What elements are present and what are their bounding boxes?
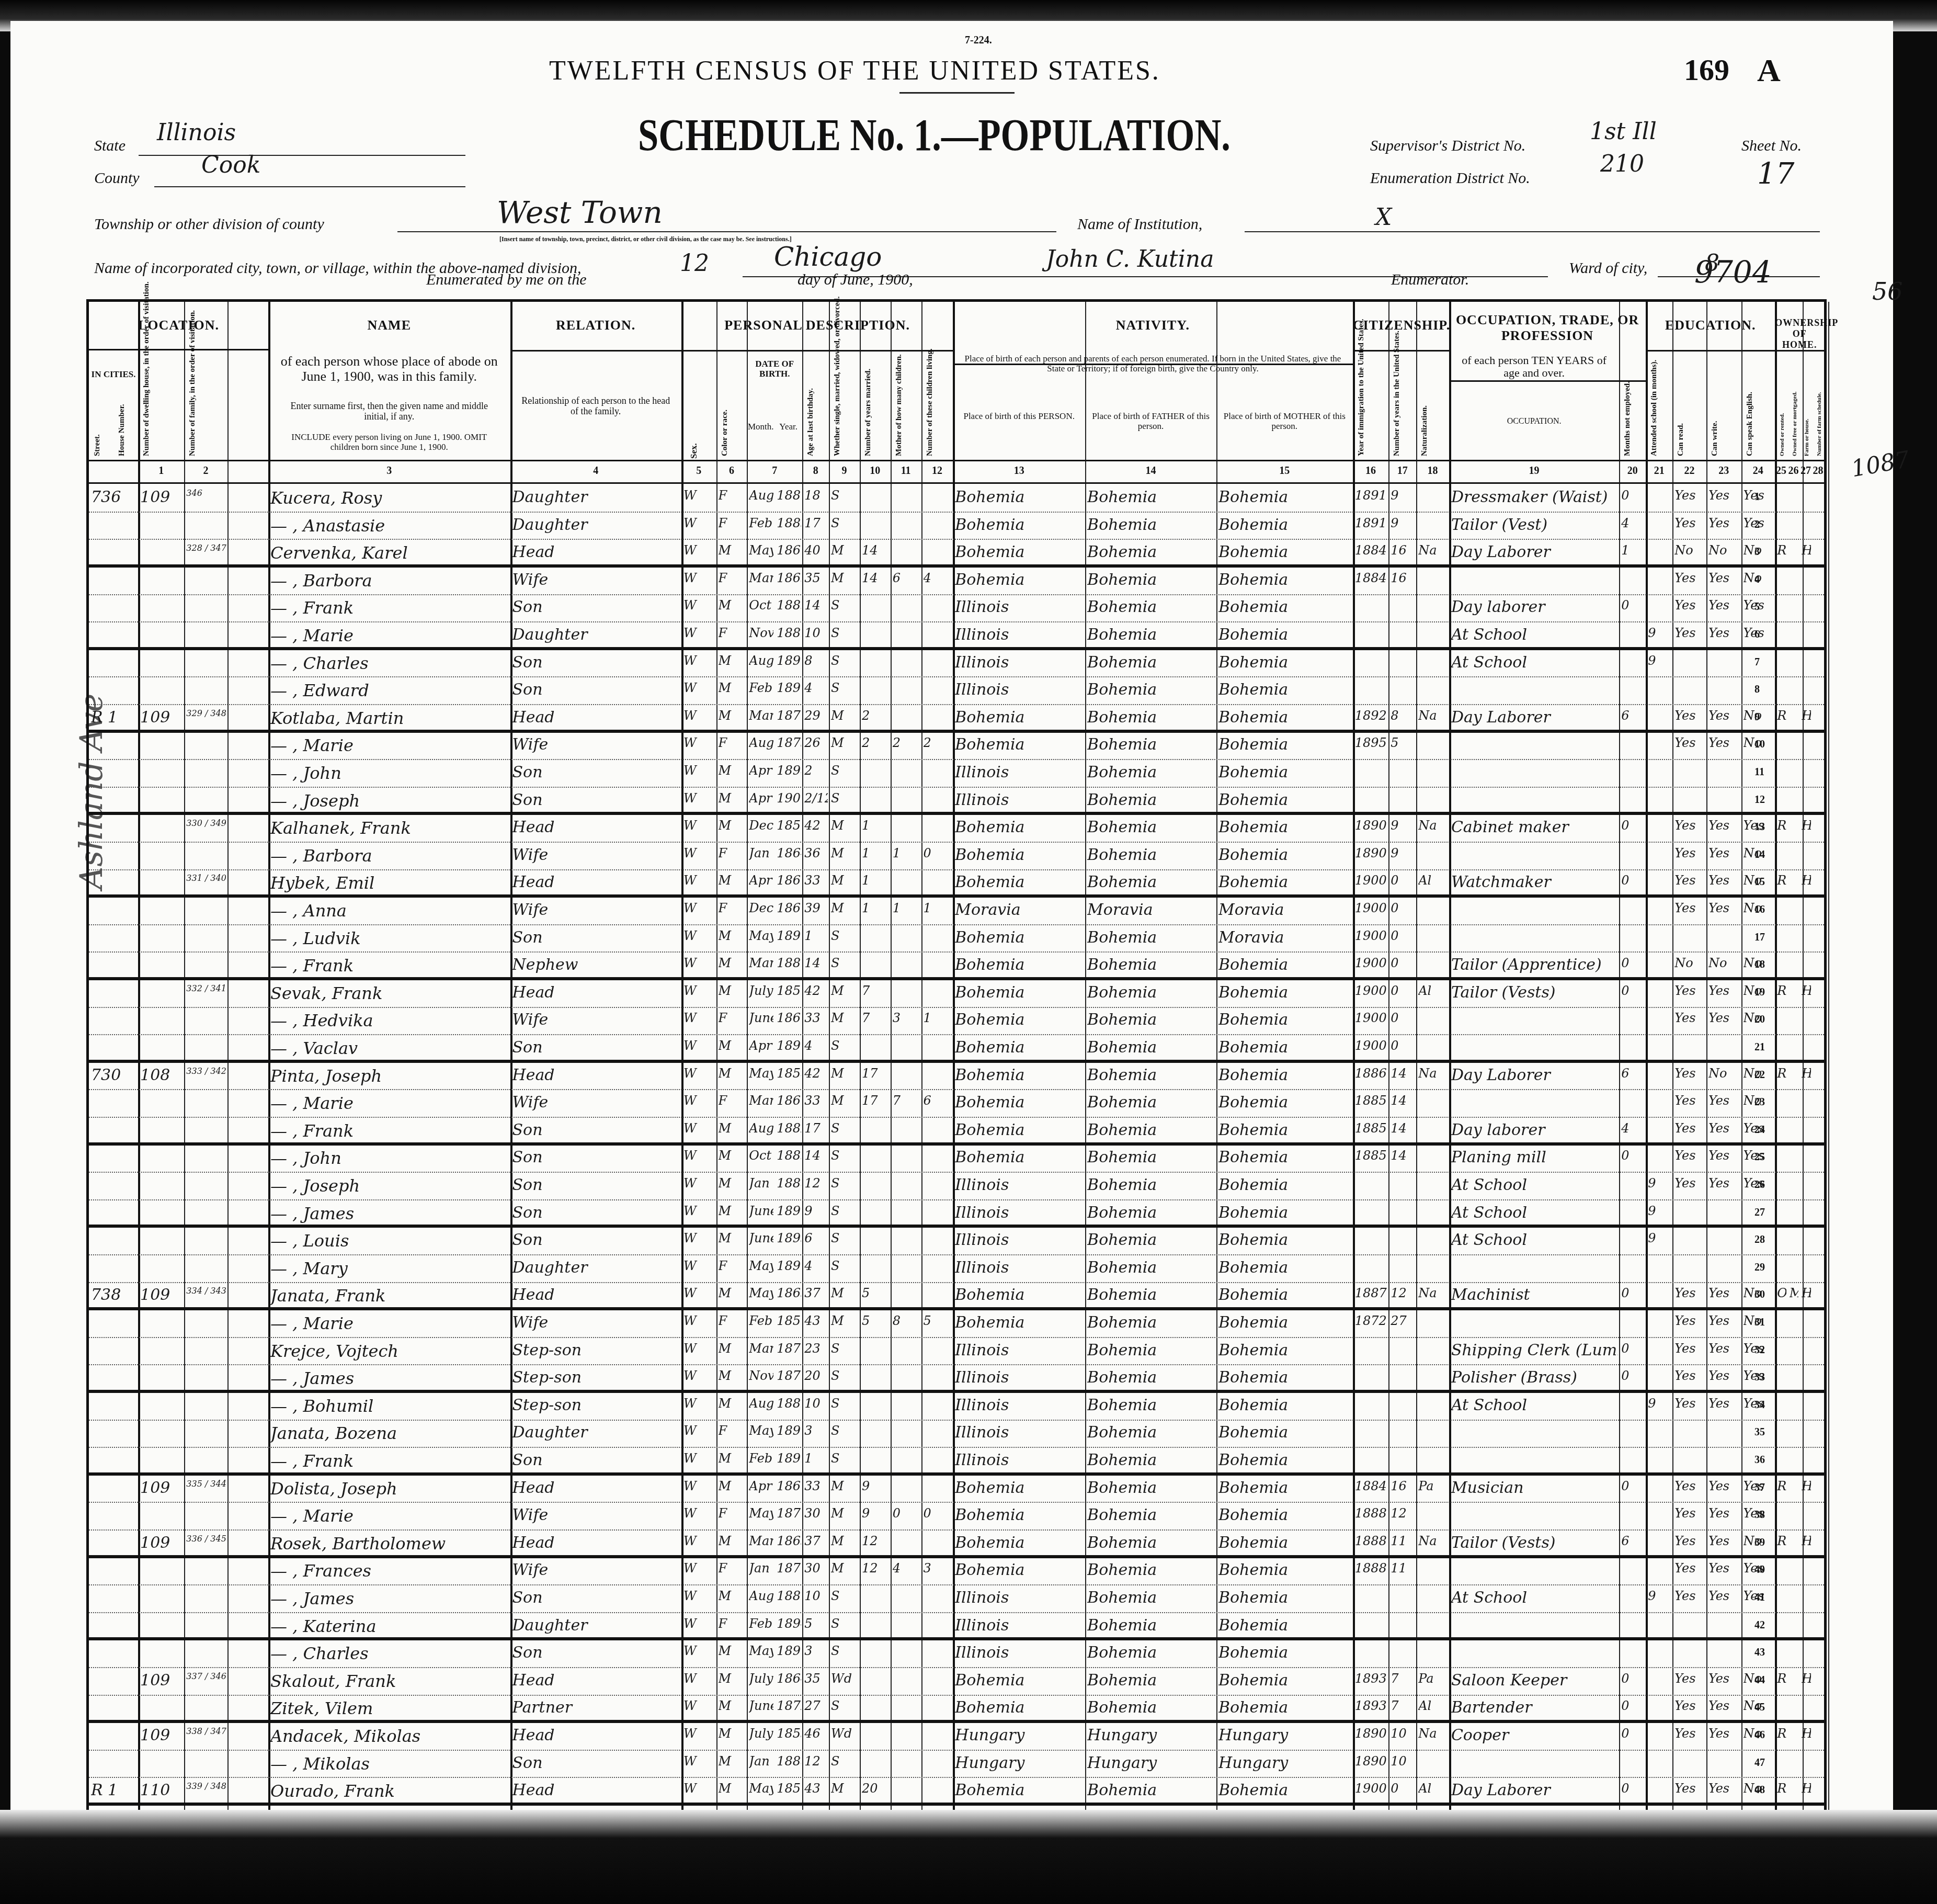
cell-years-married[interactable]: 1 — [862, 901, 890, 915]
cell-color[interactable]: W — [683, 571, 715, 585]
cell-occupation[interactable]: At School — [1451, 626, 1618, 644]
cell-birthplace-mother[interactable]: Bohemia — [1218, 626, 1352, 644]
county-value[interactable]: Cook — [201, 152, 260, 178]
cell-birth-month[interactable]: Mar — [749, 1341, 773, 1356]
cell-birthplace-person[interactable]: Bohemia — [955, 735, 1084, 754]
cell-dwelling-number[interactable]: 110 — [140, 1781, 183, 1799]
cell-children-living[interactable]: 4 — [924, 571, 952, 585]
table-row[interactable]: — , FrancesWifeWFJan187030M1243BohemiaBo… — [89, 1558, 1824, 1585]
cell-marital-status[interactable]: M — [831, 543, 859, 558]
cell-years-married[interactable]: 17 — [862, 1093, 890, 1108]
cell-can-write[interactable]: Yes — [1708, 1698, 1740, 1713]
cell-birthplace-father[interactable]: Bohemia — [1087, 1341, 1215, 1359]
cell-birthplace-father[interactable]: Bohemia — [1087, 653, 1215, 672]
cell-birthplace-person[interactable]: Illinois — [955, 763, 1084, 781]
cell-months-unemployed[interactable]: 4 — [1621, 1121, 1645, 1136]
cell-age[interactable]: 29 — [804, 708, 828, 723]
cell-person-name[interactable]: — , Charles — [270, 1644, 509, 1663]
cell-age[interactable]: 30 — [804, 1506, 828, 1521]
cell-color[interactable]: W — [683, 1038, 715, 1053]
cell-occupation[interactable]: Tailor (Vests) — [1451, 983, 1618, 1002]
cell-sex[interactable]: F — [719, 1093, 746, 1108]
cell-relation[interactable]: Son — [512, 1644, 680, 1662]
cell-months-unemployed[interactable]: 1 — [1621, 543, 1645, 558]
cell-can-write[interactable]: No — [1708, 1066, 1740, 1081]
cell-sex[interactable]: F — [719, 626, 746, 640]
cell-color[interactable]: W — [683, 1396, 715, 1411]
table-row[interactable]: — , JamesSonWMJune18909SIllinoisBohemiaB… — [89, 1200, 1824, 1228]
cell-sex[interactable]: M — [719, 1148, 746, 1163]
cell-relation[interactable]: Son — [512, 791, 680, 809]
cell-birth-month[interactable]: Jan — [749, 1561, 773, 1576]
cell-can-read[interactable]: Yes — [1674, 1176, 1705, 1191]
cell-birthplace-person[interactable]: Bohemia — [955, 543, 1084, 561]
cell-birth-year[interactable]: 1886 — [777, 956, 801, 970]
cell-years-married[interactable]: 1 — [862, 873, 890, 888]
cell-marital-status[interactable]: M — [831, 1011, 859, 1025]
cell-sex[interactable]: M — [719, 1204, 746, 1218]
cell-person-name[interactable]: — , Barbora — [270, 571, 509, 591]
cell-months-unemployed[interactable]: 0 — [1621, 488, 1645, 503]
cell-occupation[interactable]: Musician — [1451, 1479, 1618, 1497]
cell-birth-month[interactable]: June — [749, 1698, 773, 1713]
cell-family-number[interactable]: 329 / 348 — [186, 708, 226, 718]
table-row[interactable]: 738109334 / 343Janata, FrankHeadWMMay186… — [89, 1283, 1824, 1310]
cell-owned-rented[interactable]: R — [1777, 708, 1786, 723]
cell-months-unemployed[interactable]: 4 — [1621, 516, 1645, 530]
cell-person-name[interactable]: Kucera, Rosy — [270, 488, 509, 508]
cell-color[interactable]: W — [683, 846, 715, 860]
cell-age[interactable]: 9 — [804, 1204, 828, 1218]
cell-birthplace-father[interactable]: Bohemia — [1087, 1093, 1215, 1112]
cell-age[interactable]: 33 — [804, 1093, 828, 1108]
cell-birth-month[interactable]: Aug — [749, 1396, 773, 1411]
cell-birthplace-mother[interactable]: Bohemia — [1218, 1038, 1352, 1057]
cell-naturalization[interactable]: Pa — [1418, 1671, 1448, 1686]
cell-person-name[interactable]: — , Ludvik — [270, 928, 509, 948]
cell-color[interactable]: W — [683, 1341, 715, 1356]
cell-birth-month[interactable]: Apr — [749, 1479, 773, 1493]
cell-relation[interactable]: Son — [512, 1589, 680, 1607]
cell-birth-year[interactable]: 1893 — [777, 1231, 801, 1245]
cell-birthplace-mother[interactable]: Bohemia — [1218, 1506, 1352, 1524]
cell-relation[interactable]: Head — [512, 983, 680, 1002]
cell-age[interactable]: 46 — [804, 1726, 828, 1741]
cell-age[interactable]: 4 — [804, 1259, 828, 1273]
institution-value[interactable]: X — [1375, 204, 1392, 231]
cell-birth-year[interactable]: 1867 — [777, 873, 801, 888]
cell-person-name[interactable]: Kotlaba, Martin — [270, 708, 509, 728]
cell-marital-status[interactable]: S — [831, 1368, 859, 1383]
cell-can-read[interactable]: Yes — [1674, 1396, 1705, 1411]
cell-birth-month[interactable]: May — [749, 1259, 773, 1273]
cell-years-married[interactable]: 12 — [862, 1561, 890, 1576]
cell-birth-month[interactable]: Mar — [749, 1534, 773, 1548]
cell-years-in-us[interactable]: 9 — [1391, 516, 1415, 530]
table-row[interactable]: — , JosephSonWMApr19002/12SIllinoisBohem… — [89, 788, 1824, 815]
cell-birthplace-person[interactable]: Illinois — [955, 653, 1084, 672]
cell-owned-rented[interactable]: R — [1777, 543, 1786, 558]
cell-age[interactable]: 27 — [804, 1698, 828, 1713]
cell-age[interactable]: 1 — [804, 1451, 828, 1466]
table-row[interactable]: — , JohnSonWMApr18982SIllinoisBohemiaBoh… — [89, 760, 1824, 788]
cell-occupation[interactable]: Day Laborer — [1451, 1781, 1618, 1799]
cell-relation[interactable]: Daughter — [512, 1423, 680, 1442]
cell-color[interactable]: W — [683, 1644, 715, 1658]
cell-age[interactable]: 43 — [804, 1313, 828, 1328]
cell-birth-year[interactable]: 1864 — [777, 1671, 801, 1686]
cell-person-name[interactable]: — , Marie — [270, 1313, 509, 1333]
cell-immigration-year[interactable]: 1884 — [1355, 571, 1388, 585]
cell-sex[interactable]: M — [719, 1038, 746, 1053]
cell-person-name[interactable]: — , Marie — [270, 1506, 509, 1526]
cell-age[interactable]: 14 — [804, 598, 828, 613]
cell-color[interactable]: W — [683, 1423, 715, 1438]
cell-naturalization[interactable]: Al — [1418, 1781, 1448, 1796]
cell-sex[interactable]: F — [719, 901, 746, 915]
cell-family-number[interactable]: 338 / 347 — [186, 1726, 226, 1736]
cell-can-read[interactable]: Yes — [1674, 516, 1705, 530]
cell-can-write[interactable]: Yes — [1708, 516, 1740, 530]
cell-immigration-year[interactable]: 1888 — [1355, 1534, 1388, 1548]
cell-age[interactable]: 12 — [804, 1176, 828, 1191]
cell-birthplace-mother[interactable]: Bohemia — [1218, 1781, 1352, 1799]
cell-can-read[interactable]: No — [1674, 543, 1705, 558]
table-row[interactable]: — , MaryDaughterWFMay18964SIllinoisBohem… — [89, 1255, 1824, 1283]
cell-sex[interactable]: M — [719, 956, 746, 970]
cell-birthplace-person[interactable]: Bohemia — [955, 1534, 1084, 1552]
city-value[interactable]: Chicago — [774, 242, 882, 272]
cell-occupation[interactable]: Polisher (Brass) — [1451, 1368, 1618, 1387]
cell-sex[interactable]: F — [719, 571, 746, 585]
cell-house-number[interactable]: R 1 — [91, 1781, 137, 1799]
cell-birth-month[interactable]: May — [749, 1506, 773, 1521]
cell-dwelling-number[interactable]: 109 — [140, 488, 183, 506]
cell-person-name[interactable]: Cervenka, Karel — [270, 543, 509, 563]
cell-immigration-year[interactable]: 1890 — [1355, 1726, 1388, 1741]
table-row[interactable]: — , FrankSonWMFeb18991SIllinoisBohemiaBo… — [89, 1448, 1824, 1476]
cell-birth-year[interactable]: 1891 — [777, 653, 801, 668]
cell-immigration-year[interactable]: 1884 — [1355, 1479, 1388, 1493]
cell-birthplace-person[interactable]: Bohemia — [955, 846, 1084, 864]
cell-can-read[interactable]: Yes — [1674, 1368, 1705, 1383]
cell-birthplace-mother[interactable]: Bohemia — [1218, 1698, 1352, 1717]
cell-occupation[interactable]: Cabinet maker — [1451, 818, 1618, 836]
state-value[interactable]: Illinois — [157, 119, 236, 146]
cell-person-name[interactable]: — , Louis — [270, 1231, 509, 1251]
cell-years-married[interactable]: 9 — [862, 1479, 890, 1493]
cell-birthplace-father[interactable]: Bohemia — [1087, 1396, 1215, 1414]
cell-age[interactable]: 12 — [804, 1754, 828, 1769]
cell-naturalization[interactable]: Al — [1418, 873, 1448, 888]
cell-marital-status[interactable]: S — [831, 1176, 859, 1191]
cell-age[interactable]: 14 — [804, 1148, 828, 1163]
cell-birth-year[interactable]: 1853 — [777, 1726, 801, 1741]
cell-years-in-us[interactable]: 9 — [1391, 488, 1415, 503]
cell-free-mortgaged[interactable]: M — [1790, 1286, 1799, 1300]
cell-family-number[interactable]: 334 / 343 — [186, 1286, 226, 1296]
cell-age[interactable]: 3 — [804, 1423, 828, 1438]
cell-birthplace-father[interactable]: Bohemia — [1087, 543, 1215, 561]
cell-months-unemployed[interactable]: 0 — [1621, 956, 1645, 970]
cell-birth-month[interactable]: June — [749, 1204, 773, 1218]
cell-age[interactable]: 42 — [804, 983, 828, 998]
cell-birthplace-person[interactable]: Illinois — [955, 598, 1084, 616]
cell-mother-of[interactable]: 3 — [893, 1011, 920, 1025]
cell-birth-year[interactable]: 1879 — [777, 1368, 801, 1383]
cell-birthplace-mother[interactable]: Bohemia — [1218, 1341, 1352, 1359]
cell-person-name[interactable]: — , John — [270, 763, 509, 783]
cell-person-name[interactable]: — , Bohumil — [270, 1396, 509, 1416]
cell-birthplace-father[interactable]: Bohemia — [1087, 1698, 1215, 1717]
cell-can-write[interactable]: Yes — [1708, 735, 1740, 750]
cell-marital-status[interactable]: S — [831, 626, 859, 640]
cell-years-married[interactable]: 2 — [862, 735, 890, 750]
cell-birthplace-father[interactable]: Bohemia — [1087, 681, 1215, 699]
cell-birth-year[interactable]: 1867 — [777, 1479, 801, 1493]
cell-can-write[interactable]: Yes — [1708, 1313, 1740, 1328]
cell-birthplace-person[interactable]: Bohemia — [955, 1066, 1084, 1084]
cell-birth-month[interactable]: Apr — [749, 763, 773, 778]
cell-color[interactable]: W — [683, 1726, 715, 1741]
cell-occupation[interactable]: Watchmaker — [1451, 873, 1618, 891]
cell-sex[interactable]: F — [719, 488, 746, 503]
cell-birthplace-father[interactable]: Bohemia — [1087, 818, 1215, 836]
cell-birth-month[interactable]: Aug — [749, 735, 773, 750]
cell-birth-year[interactable]: 1863 — [777, 1286, 801, 1300]
cell-birth-month[interactable]: May — [749, 1286, 773, 1300]
cell-birthplace-person[interactable]: Illinois — [955, 1423, 1084, 1442]
enumerated-day[interactable]: 12 — [680, 250, 709, 277]
cell-birthplace-father[interactable]: Bohemia — [1087, 1644, 1215, 1662]
cell-marital-status[interactable]: S — [831, 928, 859, 943]
cell-birth-month[interactable]: Nov — [749, 1368, 773, 1383]
cell-birth-year[interactable]: 1896 — [777, 681, 801, 695]
enumeration-value[interactable]: 210 — [1600, 151, 1644, 177]
cell-can-write[interactable]: No — [1708, 543, 1740, 558]
table-row[interactable]: — , KaterinaDaughterWFFeb18945SIllinoisB… — [89, 1613, 1824, 1641]
cell-person-name[interactable]: — , James — [270, 1368, 509, 1388]
cell-marital-status[interactable]: M — [831, 1781, 859, 1796]
cell-immigration-year[interactable]: 1892 — [1355, 708, 1388, 723]
cell-age[interactable]: 30 — [804, 1561, 828, 1576]
cell-relation[interactable]: Step-son — [512, 1396, 680, 1414]
cell-occupation[interactable]: Machinist — [1451, 1286, 1618, 1304]
cell-birth-month[interactable]: July — [749, 1671, 773, 1686]
cell-marital-status[interactable]: S — [831, 1754, 859, 1769]
cell-sex[interactable]: M — [719, 1341, 746, 1356]
cell-owned-rented[interactable]: R — [1777, 983, 1786, 998]
cell-birthplace-mother[interactable]: Bohemia — [1218, 1423, 1352, 1442]
cell-birth-year[interactable]: 1864 — [777, 846, 801, 860]
cell-birthplace-person[interactable]: Bohemia — [955, 1781, 1084, 1799]
cell-birth-year[interactable]: 1877 — [777, 1341, 801, 1356]
cell-family-number[interactable]: 331 / 340 — [186, 873, 226, 883]
cell-years-in-us[interactable]: 0 — [1391, 873, 1415, 888]
cell-birth-year[interactable]: 1866 — [777, 1011, 801, 1025]
cell-birthplace-person[interactable]: Bohemia — [955, 1506, 1084, 1524]
cell-birthplace-mother[interactable]: Bohemia — [1218, 735, 1352, 754]
cell-color[interactable]: W — [683, 1754, 715, 1769]
cell-birth-year[interactable]: 1858 — [777, 1066, 801, 1081]
cell-birth-month[interactable]: Dec — [749, 901, 773, 915]
cell-years-in-us[interactable]: 14 — [1391, 1121, 1415, 1136]
cell-children-living[interactable]: 6 — [924, 1093, 952, 1108]
table-row[interactable]: 730108333 / 342Pinta, JosephHeadWMMay185… — [89, 1063, 1824, 1091]
cell-birth-month[interactable]: Jan — [749, 846, 773, 860]
cell-months-unemployed[interactable]: 6 — [1621, 708, 1645, 723]
cell-occupation[interactable]: Day Laborer — [1451, 1066, 1618, 1084]
cell-birth-year[interactable]: 1896 — [777, 1038, 801, 1053]
cell-birthplace-mother[interactable]: Bohemia — [1218, 763, 1352, 781]
cell-birthplace-person[interactable]: Bohemia — [955, 1561, 1084, 1579]
cell-color[interactable]: W — [683, 1011, 715, 1025]
cell-relation[interactable]: Son — [512, 763, 680, 781]
cell-sex[interactable]: F — [719, 735, 746, 750]
enumerator-name[interactable]: John C. Kutina — [1046, 246, 1214, 273]
cell-age[interactable]: 4 — [804, 681, 828, 695]
cell-can-write[interactable]: Yes — [1708, 1121, 1740, 1136]
cell-can-read[interactable]: Yes — [1674, 983, 1705, 998]
cell-occupation[interactable]: Shipping Clerk (Lumber) — [1451, 1341, 1618, 1359]
cell-years-in-us[interactable]: 27 — [1391, 1313, 1415, 1328]
cell-owned-rented[interactable]: R — [1777, 873, 1786, 888]
cell-sex[interactable]: M — [719, 681, 746, 695]
cell-person-name[interactable]: — , James — [270, 1204, 509, 1223]
cell-immigration-year[interactable]: 1893 — [1355, 1671, 1388, 1686]
cell-can-write[interactable]: Yes — [1708, 1396, 1740, 1411]
cell-birthplace-person[interactable]: Illinois — [955, 1589, 1084, 1607]
cell-years-married[interactable]: 1 — [862, 846, 890, 860]
cell-color[interactable]: W — [683, 1698, 715, 1713]
cell-family-number[interactable]: 332 / 341 — [186, 983, 226, 993]
cell-marital-status[interactable]: S — [831, 1423, 859, 1438]
cell-immigration-year[interactable]: 1891 — [1355, 488, 1388, 503]
cell-color[interactable]: W — [683, 928, 715, 943]
cell-farm-house[interactable]: H — [1802, 818, 1811, 833]
cell-can-write[interactable]: Yes — [1708, 571, 1740, 585]
cell-color[interactable]: W — [683, 626, 715, 640]
cell-house-number[interactable]: R 1 — [91, 708, 137, 727]
cell-person-name[interactable]: — , Mikolas — [270, 1754, 509, 1774]
cell-birthplace-father[interactable]: Bohemia — [1087, 1231, 1215, 1249]
cell-occupation[interactable]: At School — [1451, 653, 1618, 672]
cell-marital-status[interactable]: M — [831, 873, 859, 888]
cell-person-name[interactable]: — , Marie — [270, 1093, 509, 1113]
cell-age[interactable]: 37 — [804, 1286, 828, 1300]
cell-naturalization[interactable]: Na — [1418, 708, 1448, 723]
cell-birthplace-mother[interactable]: Bohemia — [1218, 1259, 1352, 1277]
cell-months-unemployed[interactable]: 0 — [1621, 1148, 1645, 1163]
cell-sex[interactable]: F — [719, 1561, 746, 1576]
cell-birth-year[interactable]: 1883 — [777, 516, 801, 530]
cell-can-read[interactable]: Yes — [1674, 598, 1705, 613]
cell-birthplace-person[interactable]: Illinois — [955, 1396, 1084, 1414]
table-row[interactable]: Janata, BozenaDaughterWFMay18973SIllinoi… — [89, 1420, 1824, 1448]
cell-color[interactable]: W — [683, 1368, 715, 1383]
cell-occupation[interactable]: Day Laborer — [1451, 543, 1618, 561]
cell-birthplace-father[interactable]: Bohemia — [1087, 1561, 1215, 1579]
cell-years-married[interactable]: 2 — [862, 708, 890, 723]
cell-birthplace-mother[interactable]: Bohemia — [1218, 1479, 1352, 1497]
cell-birth-month[interactable]: Oct — [749, 1148, 773, 1163]
cell-marital-status[interactable]: S — [831, 1341, 859, 1356]
cell-color[interactable]: W — [683, 1479, 715, 1493]
cell-birthplace-father[interactable]: Bohemia — [1087, 735, 1215, 754]
cell-birthplace-mother[interactable]: Bohemia — [1218, 1616, 1352, 1635]
cell-relation[interactable]: Son — [512, 681, 680, 699]
cell-birthplace-mother[interactable]: Bohemia — [1218, 1451, 1352, 1469]
cell-marital-status[interactable]: M — [831, 708, 859, 723]
cell-birthplace-person[interactable]: Moravia — [955, 901, 1084, 919]
cell-months-unemployed[interactable]: 0 — [1621, 818, 1645, 833]
cell-birthplace-father[interactable]: Bohemia — [1087, 1259, 1215, 1277]
cell-birth-year[interactable]: 1857 — [777, 1313, 801, 1328]
cell-birth-year[interactable]: 1889 — [777, 626, 801, 640]
cell-family-number[interactable]: 339 / 348 — [186, 1781, 226, 1791]
cell-birthplace-mother[interactable]: Bohemia — [1218, 1313, 1352, 1332]
cell-relation[interactable]: Son — [512, 1148, 680, 1166]
table-row[interactable]: — , LudvikSonWMMay18991SBohemiaBohemiaMo… — [89, 925, 1824, 953]
cell-color[interactable]: W — [683, 708, 715, 723]
cell-person-name[interactable]: — , Edward — [270, 681, 509, 700]
cell-occupation[interactable]: Saloon Keeper — [1451, 1671, 1618, 1690]
cell-color[interactable]: W — [683, 1781, 715, 1796]
cell-can-write[interactable]: Yes — [1708, 1506, 1740, 1521]
cell-dwelling-number[interactable]: 108 — [140, 1066, 183, 1084]
cell-relation[interactable]: Daughter — [512, 516, 680, 534]
cell-months-unemployed[interactable]: 0 — [1621, 1341, 1645, 1356]
cell-months-unemployed[interactable]: 0 — [1621, 1698, 1645, 1713]
cell-color[interactable]: W — [683, 956, 715, 970]
cell-birthplace-mother[interactable]: Bohemia — [1218, 1093, 1352, 1112]
cell-relation[interactable]: Partner — [512, 1698, 680, 1717]
cell-birth-year[interactable]: 1857 — [777, 983, 801, 998]
cell-can-read[interactable]: Yes — [1674, 1781, 1705, 1796]
cell-owned-rented[interactable]: R — [1777, 1066, 1786, 1081]
cell-birth-year[interactable]: 1857 — [777, 1781, 801, 1796]
cell-marital-status[interactable]: S — [831, 763, 859, 778]
cell-birth-year[interactable]: 1898 — [777, 763, 801, 778]
cell-can-read[interactable]: Yes — [1674, 488, 1705, 503]
cell-months-unemployed[interactable]: 0 — [1621, 1286, 1645, 1300]
cell-birth-month[interactable]: Apr — [749, 791, 773, 806]
cell-marital-status[interactable]: Wd — [831, 1671, 859, 1686]
cell-person-name[interactable]: — , Vaclav — [270, 1038, 509, 1058]
cell-color[interactable]: W — [683, 818, 715, 833]
cell-owned-rented[interactable]: O — [1777, 1286, 1786, 1300]
cell-birthplace-mother[interactable]: Hungary — [1218, 1726, 1352, 1744]
cell-birthplace-person[interactable]: Bohemia — [955, 928, 1084, 947]
cell-color[interactable]: W — [683, 1451, 715, 1466]
cell-relation[interactable]: Son — [512, 653, 680, 672]
cell-birth-year[interactable]: 1872 — [777, 1698, 801, 1713]
cell-marital-status[interactable]: M — [831, 1093, 859, 1108]
cell-color[interactable]: W — [683, 516, 715, 530]
cell-marital-status[interactable]: S — [831, 791, 859, 806]
cell-relation[interactable]: Head — [512, 873, 680, 891]
cell-can-write[interactable]: Yes — [1708, 626, 1740, 640]
cell-immigration-year[interactable]: 1888 — [1355, 1506, 1388, 1521]
cell-months-unemployed[interactable]: 0 — [1621, 598, 1645, 613]
cell-birthplace-person[interactable]: Bohemia — [955, 516, 1084, 534]
cell-can-read[interactable]: Yes — [1674, 1479, 1705, 1493]
cell-years-in-us[interactable]: 10 — [1391, 1726, 1415, 1741]
cell-birthplace-father[interactable]: Bohemia — [1087, 1313, 1215, 1332]
cell-sex[interactable]: M — [719, 1231, 746, 1245]
cell-color[interactable]: W — [683, 1093, 715, 1108]
cell-birthplace-person[interactable]: Bohemia — [955, 1011, 1084, 1029]
